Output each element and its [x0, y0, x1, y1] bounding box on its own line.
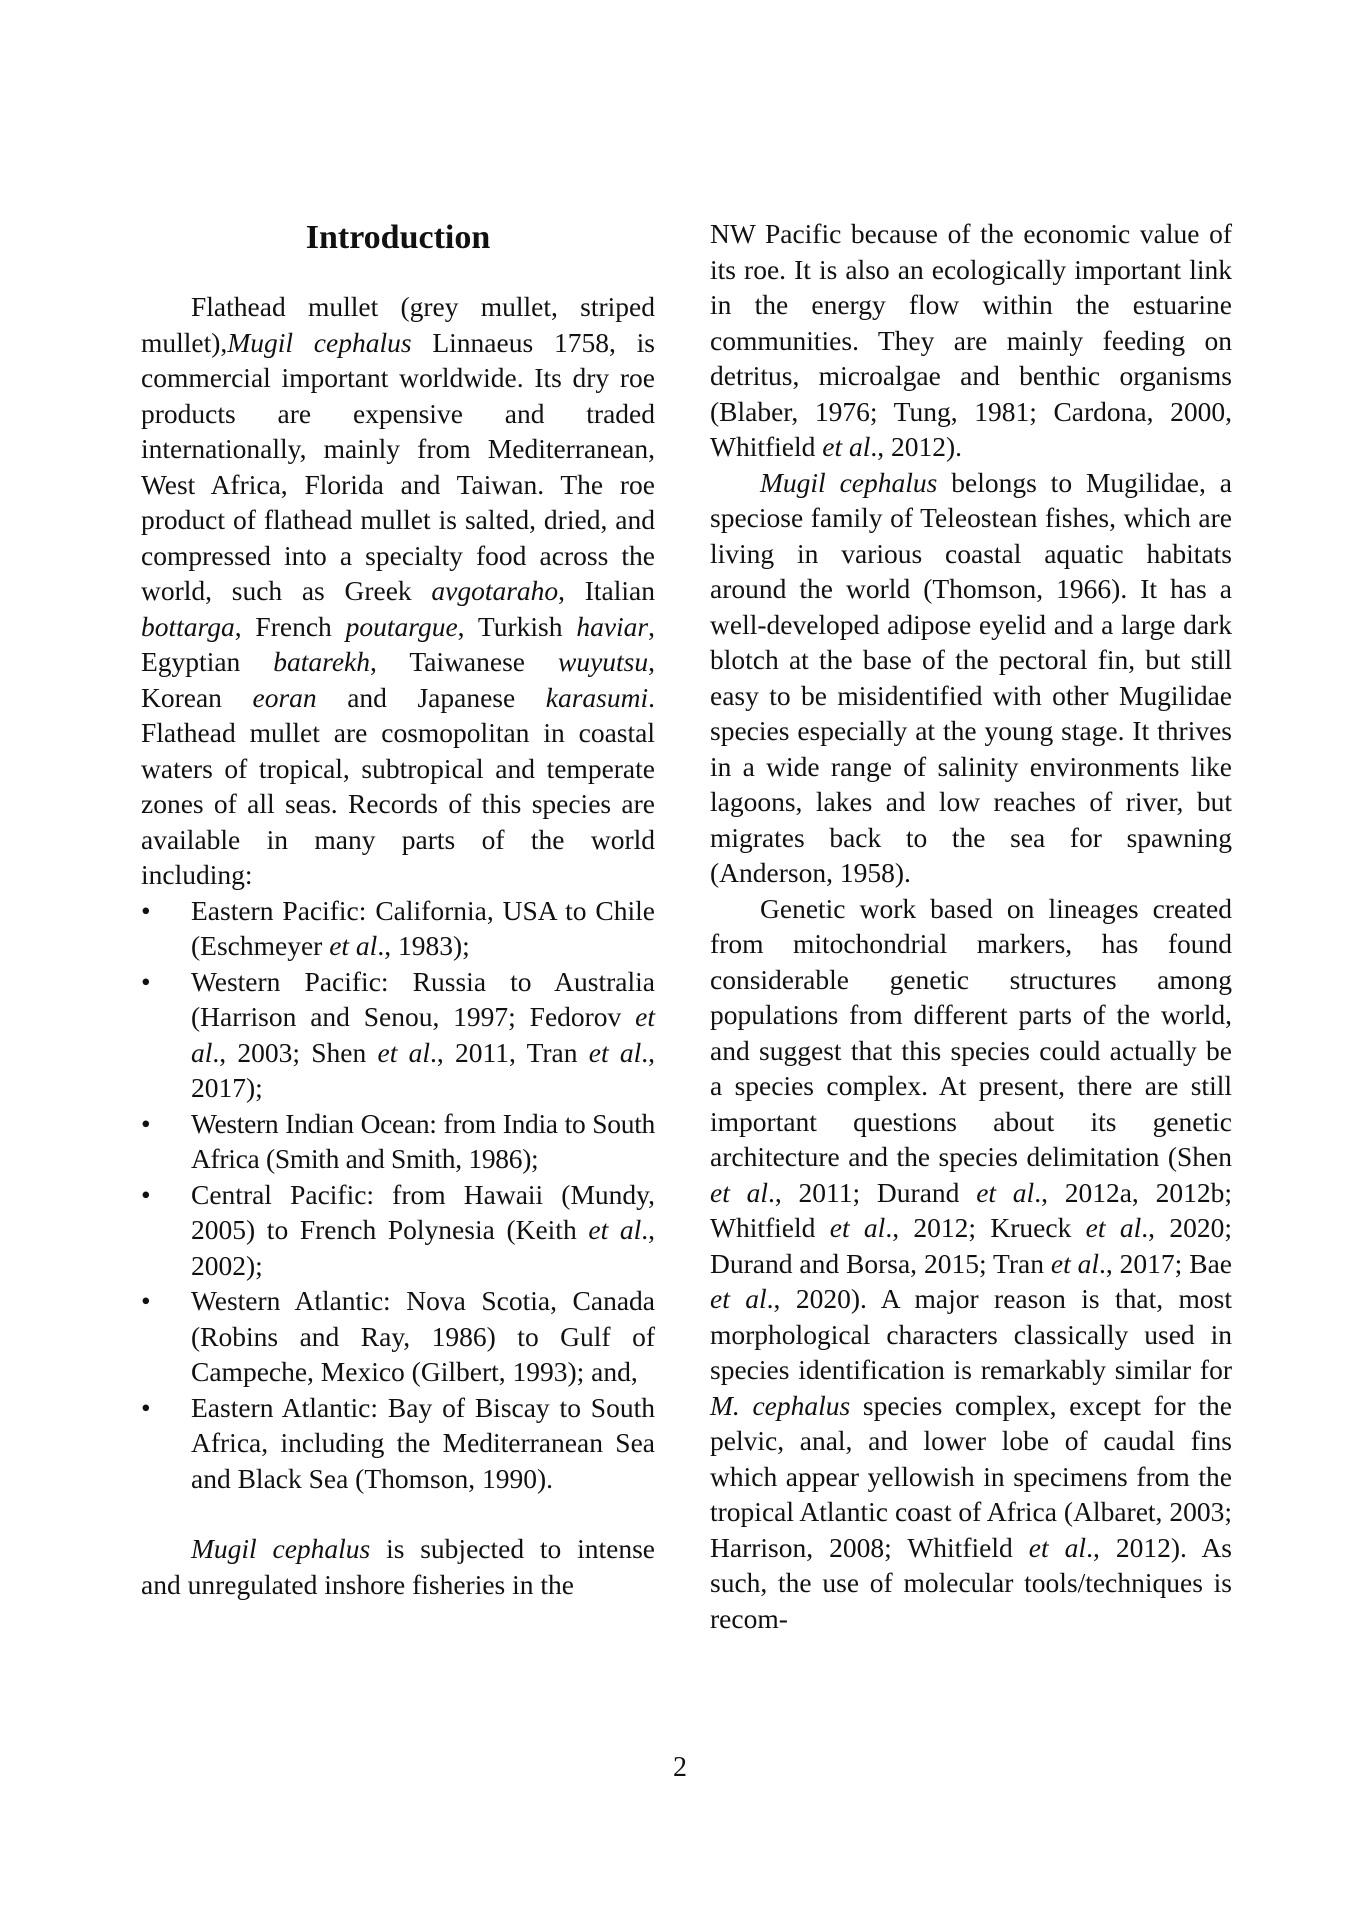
- distribution-list: •Eastern Pacific: California, USA to Chi…: [141, 893, 655, 1497]
- text-run: , Turkish: [458, 611, 577, 642]
- citation-etal: et al: [588, 1214, 641, 1245]
- text-run: ., 1983);: [377, 930, 469, 961]
- text-run: and Japanese: [317, 682, 546, 713]
- page-number: 2: [0, 1753, 1360, 1783]
- citation-etal: et al: [1086, 1212, 1142, 1243]
- list-item: •Western Atlantic: Nova Scotia, Canada (…: [141, 1283, 655, 1390]
- citation-etal: et al: [710, 1177, 768, 1208]
- intro-paragraph-1: Flathead mullet (grey mullet, striped mu…: [141, 289, 655, 893]
- text-run: ., 2017; Bae: [1099, 1248, 1232, 1279]
- intro-paragraph-2: Mugil cephalus is subjected to intense a…: [141, 1531, 655, 1602]
- section-heading: Introduction: [141, 218, 655, 258]
- citation-etal: et al: [830, 1212, 886, 1243]
- text-run: , French: [235, 611, 346, 642]
- bullet-icon: •: [141, 1106, 161, 1142]
- citation-etal: et al: [589, 1037, 641, 1068]
- text-run: ., 2011; Durand: [768, 1177, 976, 1208]
- list-item: •Eastern Pacific: California, USA to Chi…: [141, 893, 655, 964]
- text-run: ., 2003; Shen: [212, 1037, 377, 1068]
- text-run: , Italian: [558, 575, 655, 606]
- product-name: eoran: [252, 682, 316, 713]
- product-name: karasumi: [546, 682, 648, 713]
- bullet-icon: •: [141, 1177, 161, 1213]
- product-name: poutargue: [346, 611, 458, 642]
- intro-paragraph-3: Mugil cephalus belongs to Mugilidae, a s…: [710, 465, 1232, 891]
- product-name: haviar: [576, 611, 648, 642]
- bullet-icon: •: [141, 893, 161, 929]
- species-name: Mugil cephalus: [760, 467, 937, 498]
- species-name: Mugil cephalus: [191, 1533, 370, 1564]
- product-name: bottarga: [141, 611, 235, 642]
- text-run: Western Pacific: Russia to Australia (Ha…: [191, 966, 655, 1033]
- text-run: Linnaeus 1758, is commercial important w…: [141, 327, 655, 607]
- intro-paragraph-continued: NW Pacific because of the economic value…: [710, 216, 1232, 465]
- citation-etal: et al: [710, 1283, 767, 1314]
- bullet-icon: •: [141, 1390, 161, 1426]
- right-column: NW Pacific because of the economic value…: [710, 216, 1232, 1636]
- product-name: wuyutsu: [558, 646, 648, 677]
- text-run: Western Atlantic: Nova Scotia, Canada (R…: [191, 1285, 655, 1387]
- citation-etal: et al: [1051, 1248, 1099, 1279]
- list-item: •Western Indian Ocean: from India to Sou…: [141, 1106, 655, 1177]
- citation-etal: et al: [976, 1177, 1034, 1208]
- text-run: belongs to Mugilidae, a speciose family …: [710, 467, 1232, 889]
- bullet-icon: •: [141, 964, 161, 1000]
- text-run: ., 2012; Krueck: [885, 1212, 1085, 1243]
- species-name: Mugil cephalus: [227, 327, 411, 358]
- citation-etal: et al: [329, 930, 377, 961]
- text-run: ., 2020). A major reason is that, most m…: [710, 1283, 1232, 1385]
- citation-etal: et al: [1029, 1532, 1086, 1563]
- bullet-icon: •: [141, 1283, 161, 1319]
- product-name: avgotaraho: [431, 575, 558, 606]
- product-name: batarekh: [273, 646, 370, 677]
- text-run: Genetic work based on lineages created f…: [710, 893, 1232, 1173]
- list-item: •Central Pacific: from Hawaii (Mundy, 20…: [141, 1177, 655, 1284]
- text-run: , Taiwanese: [370, 646, 558, 677]
- text-run: Central Pacific: from Hawaii (Mundy, 200…: [191, 1179, 655, 1246]
- text-run: ., 2011, Tran: [430, 1037, 589, 1068]
- citation-etal: et al: [822, 431, 870, 462]
- citation-etal: et al: [378, 1037, 430, 1068]
- text-run: NW Pacific because of the economic value…: [710, 218, 1232, 462]
- text-run: ., 2012).: [870, 431, 962, 462]
- text-run: Eastern Atlantic: Bay of Biscay to South…: [191, 1392, 655, 1494]
- left-column: Flathead mullet (grey mullet, striped mu…: [141, 289, 655, 1602]
- species-name: M. cephalus: [710, 1390, 850, 1421]
- text-run: Western Indian Ocean: from India to Sout…: [191, 1108, 655, 1175]
- list-item: •Western Pacific: Russia to Australia (H…: [141, 964, 655, 1106]
- intro-paragraph-4: Genetic work based on lineages created f…: [710, 891, 1232, 1637]
- list-item: •Eastern Atlantic: Bay of Biscay to Sout…: [141, 1390, 655, 1497]
